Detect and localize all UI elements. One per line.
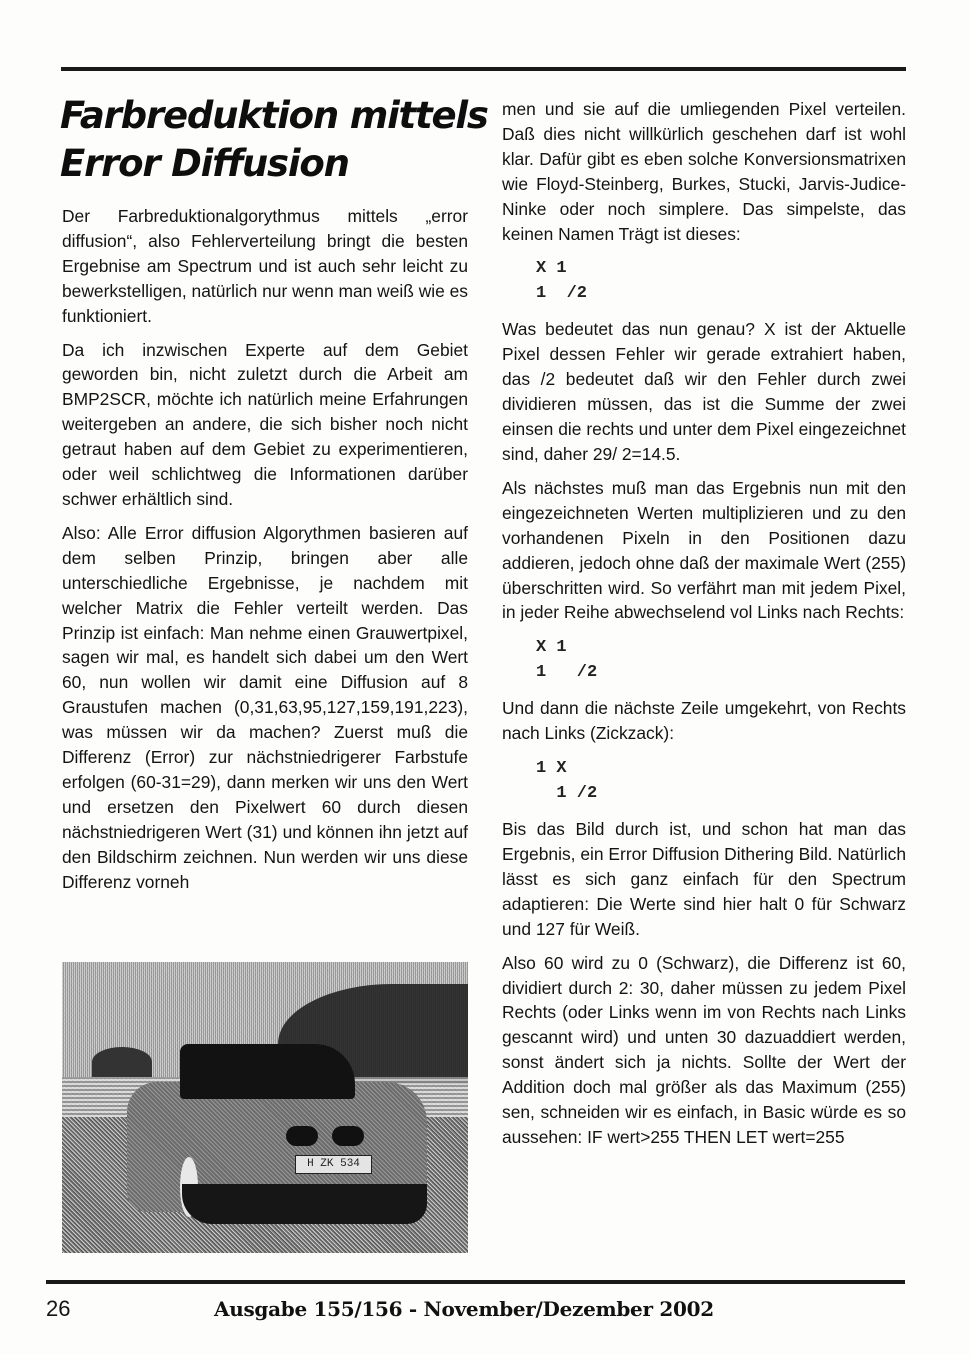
top-rule bbox=[61, 67, 906, 71]
issue-info: Ausgabe 155/156 - November/Dezember 2002 bbox=[214, 1295, 714, 1323]
paragraph-zigzag: Und dann die nächste Zeile umgekehrt, vo… bbox=[502, 696, 906, 746]
matrix-left-to-right: X 1 1 /2 bbox=[536, 635, 906, 685]
title-line-1: Farbreduktion mittels bbox=[60, 94, 488, 137]
photo-hill-left bbox=[92, 1047, 152, 1077]
left-column: Der Farbreduktionalgorythmus mittels „er… bbox=[62, 204, 468, 903]
paragraph-intro: Der Farbreduktionalgorythmus mittels „er… bbox=[62, 204, 468, 329]
car-bumper bbox=[182, 1184, 427, 1224]
right-column: men und sie auf die umliegenden Pixel ve… bbox=[502, 97, 906, 1159]
bottom-rule bbox=[46, 1280, 905, 1284]
page-number: 26 bbox=[46, 1296, 70, 1322]
car-license-plate: H ZK 534 bbox=[295, 1155, 372, 1174]
title-line-2: Error Diffusion bbox=[60, 142, 349, 185]
paragraph-spectrum: Bis das Bild durch ist, und schon hat ma… bbox=[502, 817, 906, 942]
article-title: Farbreduktion mittels Error Diffusion bbox=[60, 92, 490, 188]
car-grille-left bbox=[286, 1126, 318, 1146]
matrix-simple: X 1 1 /2 bbox=[536, 256, 906, 306]
dithered-car-photo: H ZK 534 bbox=[62, 962, 468, 1253]
paragraph-example: Also 60 wird zu 0 (Schwarz), die Differe… bbox=[502, 951, 906, 1150]
paragraph-principle: Also: Alle Error diffusion Algorythmen b… bbox=[62, 521, 468, 895]
car-grille-right bbox=[332, 1126, 364, 1146]
paragraph-explanation: Was bedeutet das nun genau? X ist der Ak… bbox=[502, 317, 906, 466]
matrix-right-to-left: 1 X 1 /2 bbox=[536, 756, 906, 806]
paragraph-multiply: Als nächstes muß man das Ergebnis nun mi… bbox=[502, 476, 906, 625]
paragraph-matrices: men und sie auf die umliegenden Pixel ve… bbox=[502, 97, 906, 246]
car-windshield bbox=[180, 1044, 355, 1099]
paragraph-motivation: Da ich inzwischen Experte auf dem Gebiet… bbox=[62, 338, 468, 512]
